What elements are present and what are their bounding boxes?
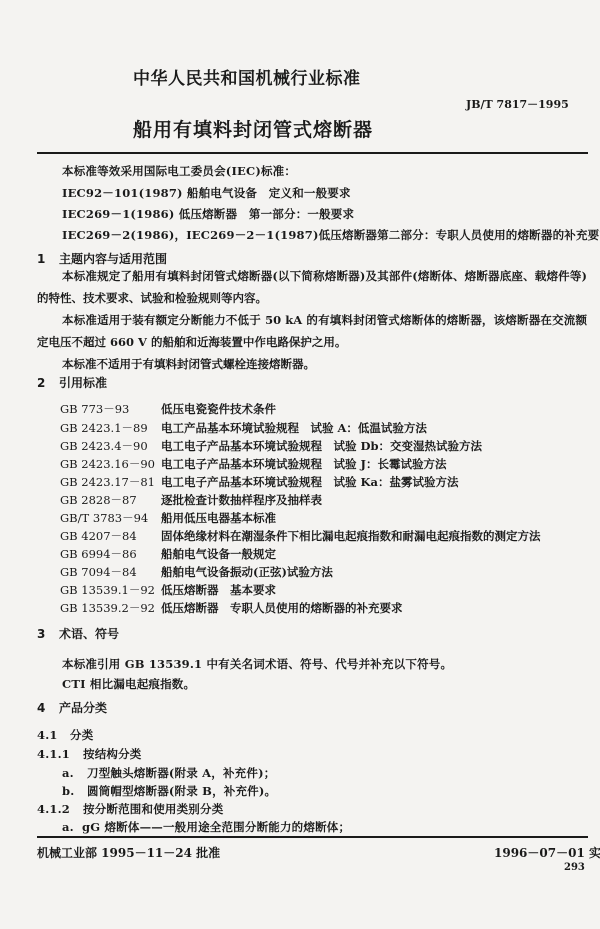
reference-code: GB 2423.4－90 [60, 438, 148, 454]
reference-title: 低压电瓷瓷件技术条件 [161, 401, 276, 417]
section-number: 1 [37, 252, 59, 266]
preface-line: IEC269－1(1986) 低压熔断器 第一部分：一般要求 [62, 206, 354, 222]
section-3-heading: 3术语、符号 [37, 625, 119, 642]
document-title: 船用有填料封闭管式熔断器 [133, 115, 373, 142]
reference-title: 电工电子产品基本环境试验规程 试验 Ka：盐雾试验方法 [161, 474, 458, 490]
list-item: b.圆筒帽型熔断器(附录 B，补充件)。 [62, 783, 276, 799]
list-text: gG 熔断体——一般用途全范围分断能力的熔断体； [82, 820, 350, 834]
list-marker: b. [62, 784, 87, 798]
section-number: 4 [37, 701, 59, 715]
footer-divider [37, 836, 588, 838]
reference-code: GB/T 3783－94 [60, 510, 148, 526]
effective-date: 1996－07－01 实施 [494, 844, 600, 861]
list-item: a.刀型触头熔断器(附录 A，补充件)； [62, 765, 275, 781]
subsection-title: 分类 [70, 728, 93, 742]
reference-title: 电工电子产品基本环境试验规程 试验 Db：交变湿热试验方法 [161, 438, 482, 454]
reference-title: 低压熔断器 基本要求 [161, 582, 276, 598]
subsection-number: 4.1.1 [37, 747, 83, 761]
section-2-heading: 2引用标准 [37, 374, 107, 391]
subsection-number: 4.1.2 [37, 802, 83, 816]
reference-title: 电工产品基本环境试验规程 试验 A：低温试验方法 [161, 420, 427, 436]
list-item: a.gG 熔断体——一般用途全范围分断能力的熔断体； [62, 819, 350, 835]
subsection-number: 4.1 [37, 728, 70, 742]
section-title: 术语、符号 [59, 627, 119, 641]
list-marker: a. [62, 820, 82, 834]
preface-line: IEC92－101(1987) 船舶电气设备 定义和一般要求 [62, 185, 351, 201]
section-title: 引用标准 [59, 376, 107, 390]
subsection-4-1: 4.1分类 [37, 727, 93, 743]
section-1-paragraph: 本标准规定了船用有填料封闭管式熔断器(以下简称熔断器)及其部件(熔断体、熔断器底… [37, 265, 587, 309]
list-marker: a. [62, 766, 87, 780]
section-4-heading: 4产品分类 [37, 699, 107, 716]
reference-code: GB 2828－87 [60, 492, 137, 508]
reference-code: GB 13539.1－92 [60, 582, 155, 598]
section-3-line: 本标准引用 GB 13539.1 中有关名词术语、符号、代号并补充以下符号。 [62, 656, 452, 672]
header-divider [37, 152, 588, 154]
reference-title: 船用低压电器基本标准 [161, 510, 276, 526]
reference-title: 固体绝缘材料在潮湿条件下相比漏电起痕指数和耐漏电起痕指数的测定方法 [161, 528, 541, 544]
subsection-4-1-2: 4.1.2按分断范围和使用类别分类 [37, 801, 223, 817]
reference-title: 逐批检查计数抽样程序及抽样表 [161, 492, 322, 508]
reference-code: GB 4207－84 [60, 528, 137, 544]
reference-code: GB 13539.2－92 [60, 600, 155, 616]
preface-line: IEC269－2(1986)，IEC269－2－1(1987)低压熔断器第二部分… [62, 227, 600, 243]
document-code: JB/T 7817－1995 [466, 96, 569, 112]
reference-title: 电工电子产品基本环境试验规程 试验 J：长霉试验方法 [161, 456, 446, 472]
section-title: 产品分类 [59, 701, 107, 715]
section-number: 2 [37, 376, 59, 390]
reference-title: 船舶电气设备一般规定 [161, 546, 276, 562]
section-1-paragraph: 本标准不适用于有填料封闭管式螺栓连接熔断器。 [37, 353, 587, 375]
section-number: 3 [37, 627, 59, 641]
page-number: 293 [564, 862, 585, 873]
approval-line: 机械工业部 1995－11－24 批准 [37, 844, 220, 861]
standard-body-title: 中华人民共和国机械行业标准 [133, 64, 361, 89]
reference-code: GB 7094－84 [60, 564, 137, 580]
preface-line: 本标准等效采用国际电工委员会(IEC)标准： [62, 163, 296, 179]
reference-code: GB 2423.1－89 [60, 420, 148, 436]
list-text: 圆筒帽型熔断器(附录 B，补充件)。 [87, 784, 276, 798]
subsection-title: 按结构分类 [83, 747, 142, 761]
reference-code: GB 773－93 [60, 401, 129, 417]
section-title: 主题内容与适用范围 [59, 252, 167, 266]
reference-code: GB 2423.16－90 [60, 456, 155, 472]
reference-code: GB 2423.17－81 [60, 474, 155, 490]
reference-title: 船舶电气设备振动(正弦)试验方法 [161, 564, 333, 580]
subsection-4-1-1: 4.1.1按结构分类 [37, 746, 142, 762]
subsection-title: 按分断范围和使用类别分类 [83, 802, 223, 816]
list-text: 刀型触头熔断器(附录 A，补充件)； [87, 766, 275, 780]
reference-title: 低压熔断器 专职人员使用的熔断器的补充要求 [161, 600, 403, 616]
section-1-paragraph: 本标准适用于装有额定分断能力不低于 50 kA 的有填料封闭管式熔断体的熔断器，… [37, 309, 587, 353]
section-3-line: CTI 相比漏电起痕指数。 [62, 676, 195, 692]
reference-code: GB 6994－86 [60, 546, 137, 562]
